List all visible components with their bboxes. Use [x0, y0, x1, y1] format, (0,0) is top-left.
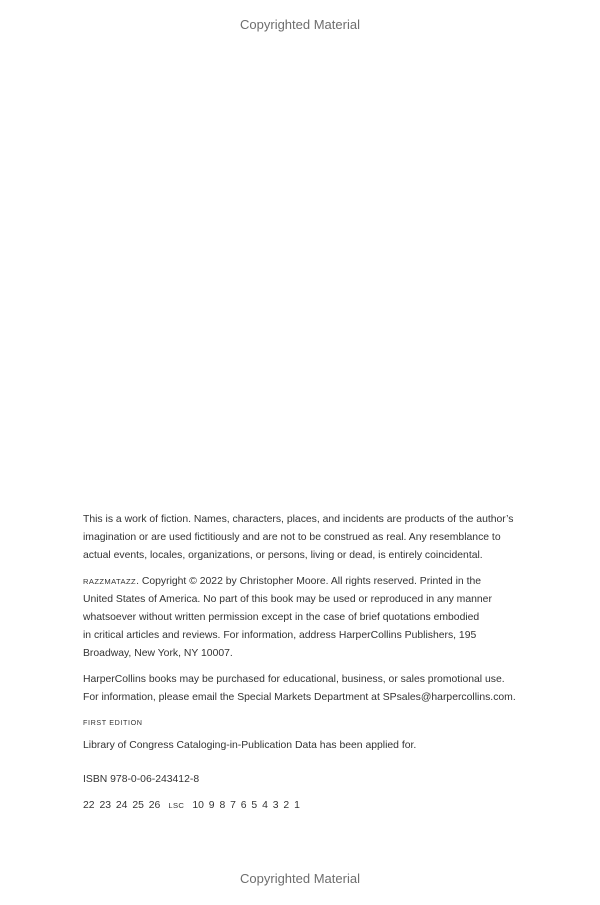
- copyright-notice: Razzmatazz. Copyright © 2022 by Christop…: [83, 573, 523, 663]
- copyright-line: in critical articles and reviews. For in…: [83, 627, 523, 645]
- copyrighted-material-watermark-top: Copyrighted Material: [0, 17, 600, 32]
- copyright-line: Broadway, New York, NY 10007.: [83, 645, 523, 663]
- library-of-congress-note: Library of Congress Cataloging-in-Public…: [83, 737, 523, 755]
- printing-line: 22 23 24 25 26LSC10 9 8 7 6 5 4 3 2 1: [83, 797, 523, 815]
- copyrighted-material-watermark-bottom: Copyrighted Material: [0, 871, 600, 886]
- book-title: Razzmatazz: [83, 577, 136, 586]
- copyright-statement: . Copyright © 2022 by Christopher Moore.…: [136, 576, 481, 587]
- copyright-line: Razzmatazz. Copyright © 2022 by Christop…: [83, 573, 523, 591]
- disclaimer-line: actual events, locales, organizations, o…: [83, 547, 523, 565]
- special-sales-notice: HarperCollins books may be purchased for…: [83, 671, 523, 707]
- printer-code: LSC: [168, 801, 184, 810]
- special-sales-line: HarperCollins books may be purchased for…: [83, 671, 523, 689]
- copyright-line: United States of America. No part of thi…: [83, 591, 523, 609]
- copyright-line: whatsoever without written permission ex…: [83, 609, 523, 627]
- edition-label: First Edition: [83, 715, 523, 731]
- isbn-number: ISBN 978-0-06-243412-8: [83, 771, 523, 789]
- fiction-disclaimer: This is a work of fiction. Names, charac…: [83, 511, 523, 565]
- disclaimer-line: imagination or are used fictitiously and…: [83, 529, 523, 547]
- special-sales-line: For information, please email the Specia…: [83, 689, 523, 707]
- printing-numbers: 10 9 8 7 6 5 4 3 2 1: [192, 800, 300, 811]
- printing-years: 22 23 24 25 26: [83, 800, 160, 811]
- copyright-page-content: This is a work of fiction. Names, charac…: [83, 511, 523, 823]
- disclaimer-line: This is a work of fiction. Names, charac…: [83, 511, 523, 529]
